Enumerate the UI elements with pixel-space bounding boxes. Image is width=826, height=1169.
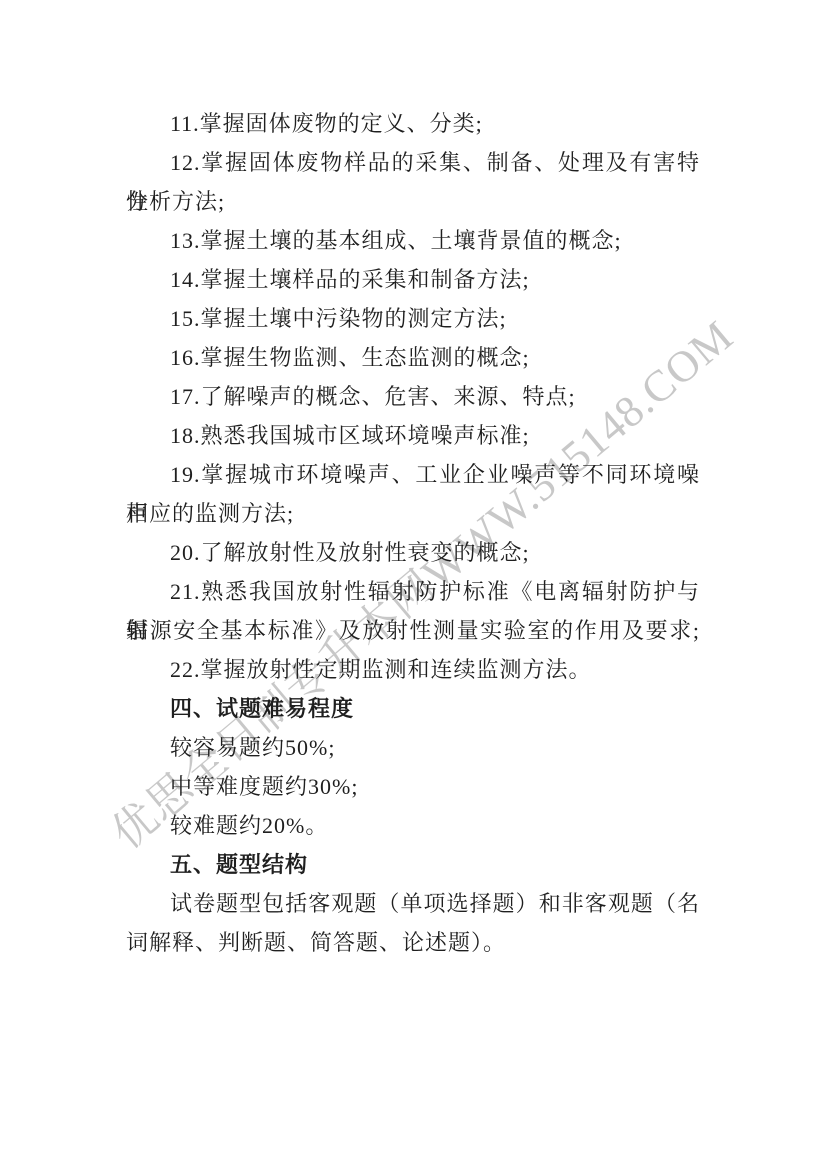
text-line-item-16: 16.掌握生物监测、生态监测的概念;	[126, 338, 700, 377]
text-line-easy-percwhile: 较容易题约50%;	[126, 728, 700, 767]
document-content: 11.掌握固体废物的定义、分类; 12.掌握固体废物样品的采集、制备、处理及有害…	[126, 104, 700, 962]
text-line-item-21-cont: 射源安全基本标准》及放射性测量实验室的作用及要求;	[126, 611, 700, 650]
text-line-question-types-cont: 词解释、判断题、简答题、论述题）。	[126, 923, 700, 962]
text-line-question-types: 试卷题型包括客观题（单项选择题）和非客观题（名	[126, 884, 700, 923]
text-line-hard-percent: 较难题约20%。	[126, 806, 700, 845]
text-line-item-13: 13.掌握土壤的基本组成、土壤背景值的概念;	[126, 221, 700, 260]
text-line-item-22: 22.掌握放射性定期监测和连续监测方法。	[126, 650, 700, 689]
text-line-item-19-cont: 相应的监测方法;	[126, 494, 700, 533]
text-line-item-11: 11.掌握固体废物的定义、分类;	[126, 104, 700, 143]
text-line-item-12: 12.掌握固体废物样品的采集、制备、处理及有害特性	[126, 143, 700, 182]
text-line-item-17: 17.了解噪声的概念、危害、来源、特点;	[126, 377, 700, 416]
text-line-item-15: 15.掌握土壤中污染物的测定方法;	[126, 299, 700, 338]
text-line-item-14: 14.掌握土壤样品的采集和制备方法;	[126, 260, 700, 299]
text-line-item-12-cont: 分析方法;	[126, 182, 700, 221]
text-line-medium-percent: 中等难度题约30%;	[126, 767, 700, 806]
text-line-item-18: 18.熟悉我国城市区域环境噪声标准;	[126, 416, 700, 455]
text-line-item-20: 20.了解放射性及放射性衰变的概念;	[126, 533, 700, 572]
section-heading-difficulty: 四、试题难易程度	[126, 689, 700, 728]
text-line-item-21: 21.熟悉我国放射性辐射防护标准《电离辐射防护与辐	[126, 572, 700, 611]
text-line-item-19: 19.掌握城市环境噪声、工业企业噪声等不同环境噪声	[126, 455, 700, 494]
section-heading-question-types: 五、题型结构	[126, 845, 700, 884]
document-page: 优思全日制专升本网WWW.515148.COM 11.掌握固体废物的定义、分类;…	[0, 0, 826, 1169]
